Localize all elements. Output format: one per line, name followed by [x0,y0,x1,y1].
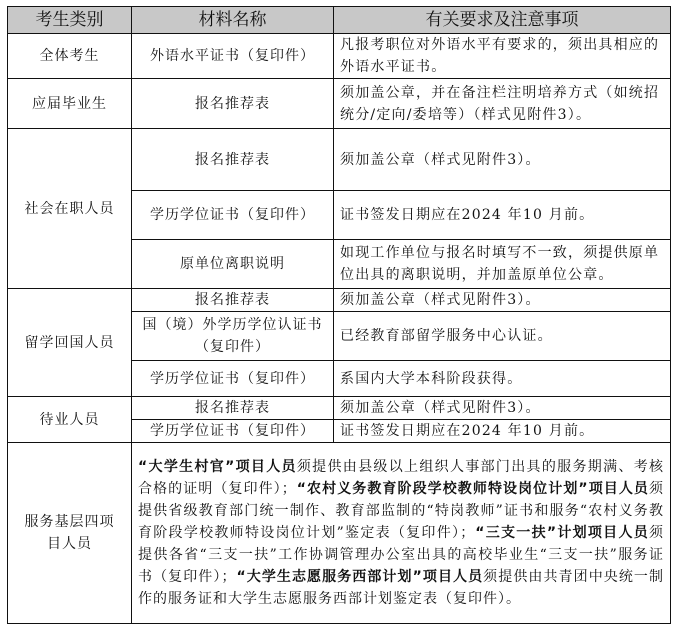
program-name-village-official: “大学生村官”项目人员 [138,459,297,475]
material-cell: 原单位离职说明 [132,240,334,289]
material-cell: 报名推荐表 [132,129,334,191]
materials-requirements-table: 考生类别 材料名称 有关要求及注意事项 全体考生 外语水平证书（复印件） 凡报考… [7,6,671,624]
note-cell: 凡报考职位对外语水平有要求的，须出具相应的外语水平证书。 [334,34,671,79]
material-cell: 报名推荐表 [132,397,334,420]
material-cell: 学历学位证书（复印件） [132,420,334,443]
material-cell: 学历学位证书（复印件） [132,361,334,397]
table-row: 留学回国人员 报名推荐表 须加盖公章（样式见附件3）。 [8,289,671,312]
table-row: 社会在职人员 报名推荐表 须加盖公章（样式见附件3）。 [8,129,671,191]
note-cell: 证书签发日期应在2024 年10 月前。 [334,420,671,443]
category-line: 目人员 [14,533,125,555]
category-cell: 留学回国人员 [8,289,132,397]
category-cell: 全体考生 [8,34,132,79]
header-category: 考生类别 [8,7,132,34]
material-line: （复印件） [138,336,327,358]
note-cell: 如现工作单位与报名时填写不一致，须提供原单位出具的离职说明，并加盖原单位公章。 [334,240,671,289]
note-cell: 系国内大学本科阶段获得。 [334,361,671,397]
table-row: 应届毕业生 报名推荐表 须加盖公章，并在备注栏注明培养方式（如统招统分/定向/委… [8,79,671,129]
header-notes: 有关要求及注意事项 [334,7,671,34]
note-cell: 须加盖公章（样式见附件3）。 [334,289,671,312]
table-row: 服务基层四项 目人员 “大学生村官”项目人员须提供由县级以上组织人事部门出具的服… [8,443,671,624]
material-cell: 学历学位证书（复印件） [132,191,334,240]
material-cell: 国（境）外学历学位认证书 （复印件） [132,312,334,361]
program-name-western-volunteer: “大学生志愿服务西部计划”项目人员 [236,569,483,585]
category-cell: 待业人员 [8,397,132,443]
category-cell: 应届毕业生 [8,79,132,129]
table-row: 待业人员 报名推荐表 须加盖公章（样式见附件3）。 [8,397,671,420]
program-name-three-supports: “三支一扶”计划项目人员 [475,525,649,541]
note-cell: 已经教育部留学服务中心认证。 [334,312,671,361]
note-cell: 证书签发日期应在2024 年10 月前。 [334,191,671,240]
table-row: 全体考生 外语水平证书（复印件） 凡报考职位对外语水平有要求的，须出具相应的外语… [8,34,671,79]
program-name-special-post-teacher: “农村义务教育阶段学校教师特设岗位计划”项目人员 [297,481,649,497]
material-cell: 外语水平证书（复印件） [132,34,334,79]
category-cell: 社会在职人员 [8,129,132,289]
note-cell: 须加盖公章，并在备注栏注明培养方式（如统招统分/定向/委培等）（样式见附件3）。 [334,79,671,129]
category-line: 服务基层四项 [14,511,125,533]
note-cell: 须加盖公章（样式见附件3）。 [334,129,671,191]
material-line: 国（境）外学历学位认证书 [138,314,327,336]
material-cell: 报名推荐表 [132,289,334,312]
category-cell: 服务基层四项 目人员 [8,443,132,624]
header-row: 考生类别 材料名称 有关要求及注意事项 [8,7,671,34]
note-cell: 须加盖公章（样式见附件3）。 [334,397,671,420]
header-material: 材料名称 [132,7,334,34]
material-cell: 报名推荐表 [132,79,334,129]
four-programs-note-cell: “大学生村官”项目人员须提供由县级以上组织人事部门出具的服务期满、考核合格的证明… [132,443,671,624]
